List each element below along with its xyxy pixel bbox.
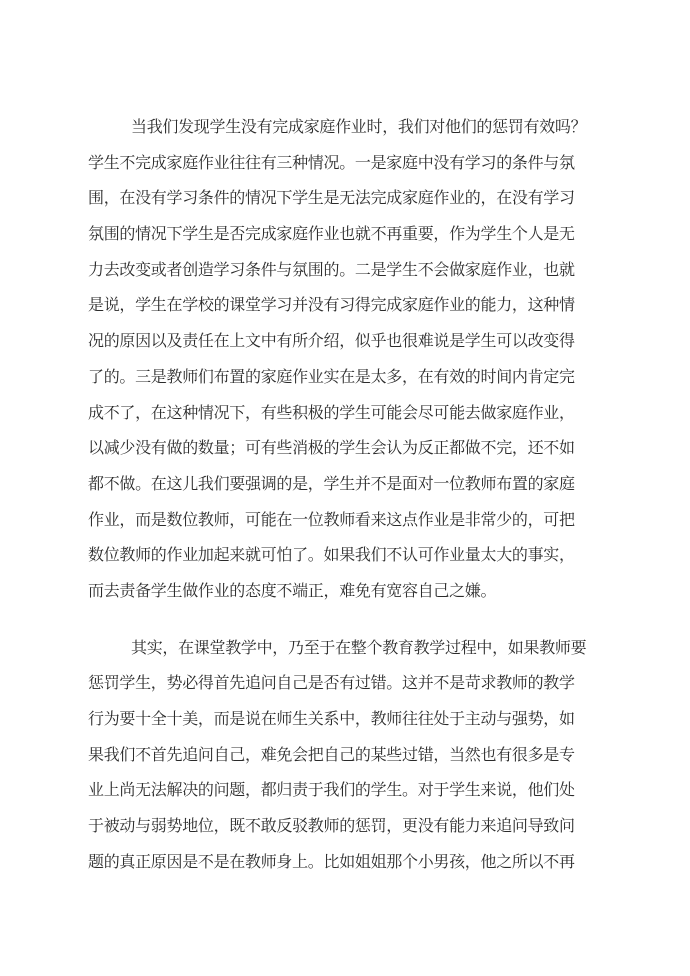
text-line: 而去责备学生做作业的态度不端正，难免有宽容自己之嫌。 <box>88 574 580 610</box>
text-line: 果我们不首先追问自己，难免会把自己的某些过错，当然也有很多是专 <box>88 738 580 774</box>
text-line: 题的真正原因是不是在教师身上。比如姐姐那个小男孩，他之所以不再 <box>88 845 580 881</box>
text-line: 行为要十全十美，而是说在师生关系中，教师往往处于主动与强势，如 <box>88 702 580 738</box>
text-line: 都不做。在这儿我们要强调的是，学生并不是面对一位教师布置的家庭 <box>88 467 580 503</box>
text-line: 围，在没有学习条件的情况下学生是无法完成家庭作业的，在没有学习 <box>88 181 580 217</box>
text-line: 氛围的情况下学生是否完成家庭作业也就不再重要，作为学生个人是无 <box>88 217 580 253</box>
text-line: 成不了，在这种情况下，有些积极的学生可能会尽可能去做家庭作业， <box>88 396 580 432</box>
document-body: 当我们发现学生没有完成家庭作业时，我们对他们的惩罚有效吗？学生不完成家庭作业往往… <box>88 110 580 880</box>
text-line: 其实，在课堂教学中，乃至于在整个教育教学过程中，如果教师要 <box>88 631 580 667</box>
text-line: 惩罚学生，势必得首先追问自己是否有过错。这并不是苛求教师的教学 <box>88 666 580 702</box>
text-line: 力去改变或者创造学习条件与氛围的。二是学生不会做家庭作业，也就 <box>88 253 580 289</box>
paragraph: 其实，在课堂教学中，乃至于在整个教育教学过程中，如果教师要惩罚学生，势必得首先追… <box>88 631 580 881</box>
text-line: 是说，学生在学校的课堂学习并没有习得完成家庭作业的能力，这种情 <box>88 288 580 324</box>
text-line: 作业，而是数位教师，可能在一位教师看来这点作业是非常少的，可把 <box>88 503 580 539</box>
paragraph: 当我们发现学生没有完成家庭作业时，我们对他们的惩罚有效吗？学生不完成家庭作业往往… <box>88 110 580 610</box>
text-line: 当我们发现学生没有完成家庭作业时，我们对他们的惩罚有效吗？ <box>88 110 580 146</box>
text-line: 以减少没有做的数量；可有些消极的学生会认为反正都做不完，还不如 <box>88 431 580 467</box>
text-line: 学生不完成家庭作业往往有三种情况。一是家庭中没有学习的条件与氛 <box>88 146 580 182</box>
document-page: 当我们发现学生没有完成家庭作业时，我们对他们的惩罚有效吗？学生不完成家庭作业往往… <box>0 0 690 976</box>
text-line: 业上尚无法解决的问题，都归责于我们的学生。对于学生来说，他们处 <box>88 773 580 809</box>
text-line: 于被动与弱势地位，既不敢反驳教师的惩罚，更没有能力来追问导致问 <box>88 809 580 845</box>
text-line: 数位教师的作业加起来就可怕了。如果我们不认可作业量太大的事实， <box>88 538 580 574</box>
text-line: 了的。三是教师们布置的家庭作业实在是太多，在有效的时间内肯定完 <box>88 360 580 396</box>
text-line: 况的原因以及责任在上文中有所介绍，似乎也很难说是学生可以改变得 <box>88 324 580 360</box>
